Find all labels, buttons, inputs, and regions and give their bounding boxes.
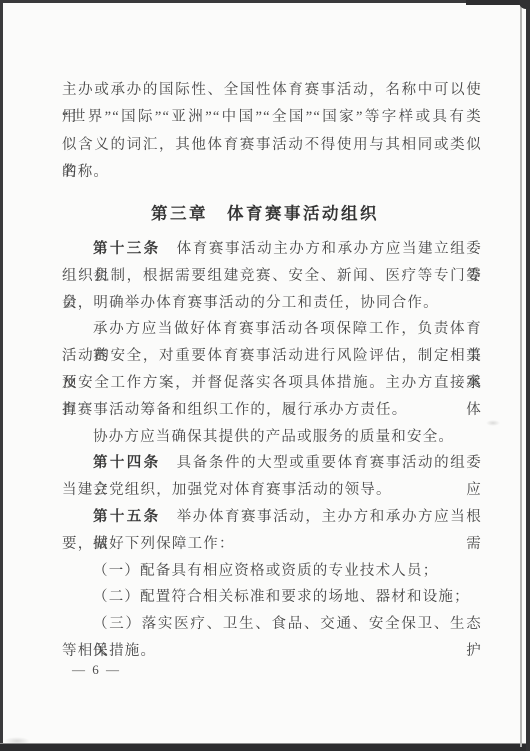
chapter-heading: 第三章 体育赛事活动组织	[0, 200, 530, 224]
scan-edge-right-inner	[520, 0, 522, 747]
text-line-content: 会，明确举办体育赛事活动的分工和责任，协同合作。	[62, 295, 439, 311]
text-line-content: （二）配置符合相关标准和要求的场地、器材和设施；	[93, 589, 470, 605]
scan-edge-left	[0, 0, 3, 751]
text-line: 名称。	[62, 159, 482, 186]
scan-noise-smudge	[486, 420, 500, 426]
page-number: — 6 —	[72, 662, 121, 678]
scanned-document-page: 主办或承办的国际性、全国性体育赛事活动，名称中可以使用“世界”“国际”“亚洲”“…	[0, 0, 530, 751]
text-line-content: 要，做好下列保障工作：	[62, 536, 235, 552]
scan-edge-right-outer	[526, 0, 530, 751]
article-number: 第十四条	[93, 455, 161, 471]
text-line: 第十三条 体育赛事活动主办方和承办方应当建立组委会等	[62, 236, 482, 263]
scan-edge-top	[0, 0, 530, 3]
document-body: 第十三条 体育赛事活动主办方和承办方应当建立组委会等组织机制，根据需要组建竞赛、…	[62, 236, 482, 665]
text-line: 组织机制，根据需要组建竞赛、安全、新闻、医疗等专门委员	[62, 263, 482, 290]
text-line: 主办或承办的国际性、全国性体育赛事活动，名称中可以使用	[62, 77, 482, 104]
text-line-content: 等相关措施。	[62, 643, 156, 659]
intro-paragraph: 主办或承办的国际性、全国性体育赛事活动，名称中可以使用“世界”“国际”“亚洲”“…	[62, 77, 482, 186]
text-line: 第十五条 举办体育赛事活动，主办方和承办方应当根据需	[62, 504, 482, 531]
scan-noise-smudge	[4, 737, 30, 745]
text-line: “世界”“国际”“亚洲”“中国”“全国”“国家”等字样或具有类	[62, 104, 482, 131]
text-line-content: （一）配备具有相应资格或资质的专业技术人员；	[93, 563, 438, 579]
text-line-content: 当建立党组织，加强党对体育赛事活动的领导。	[62, 482, 392, 498]
text-line-content: 育赛事活动筹备和组织工作的，履行承办方责任。	[62, 402, 407, 418]
text-line: 会，明确举办体育赛事活动的分工和责任，协同合作。	[62, 290, 482, 317]
text-line: 似含义的词汇，其他体育赛事活动不得使用与其相同或类似的	[62, 132, 482, 159]
text-line: （一）配备具有相应资格或资质的专业技术人员；	[62, 558, 482, 585]
text-line: 承办方应当做好体育赛事活动各项保障工作，负责体育赛事	[62, 316, 482, 343]
text-line: （三）落实医疗、卫生、食品、交通、安全保卫、生态保护	[62, 611, 482, 638]
article-number: 第十五条	[93, 509, 161, 525]
scan-edge-bottom	[0, 744, 530, 751]
text-line: （二）配置符合相关标准和要求的场地、器材和设施；	[62, 584, 482, 611]
text-line: 协办方应当确保其提供的产品或服务的质量和安全。	[62, 424, 482, 451]
article-number: 第十三条	[93, 241, 161, 257]
text-line: 活动的安全，对重要体育赛事活动进行风险评估，制定相关预案	[62, 343, 482, 370]
text-line-content: “世界”“国际”“亚洲”“中国”“全国”“国家”等字样或具有类	[62, 109, 482, 125]
text-line-content: 名称。	[62, 164, 109, 180]
text-line-content: 协办方应当确保其提供的产品或服务的质量和安全。	[93, 429, 454, 445]
text-line: 第十四条 具备条件的大型或重要体育赛事活动的组委会应	[62, 450, 482, 477]
text-line: 及安全工作方案，并督促落实各项具体措施。主办方直接承担体	[62, 370, 482, 397]
